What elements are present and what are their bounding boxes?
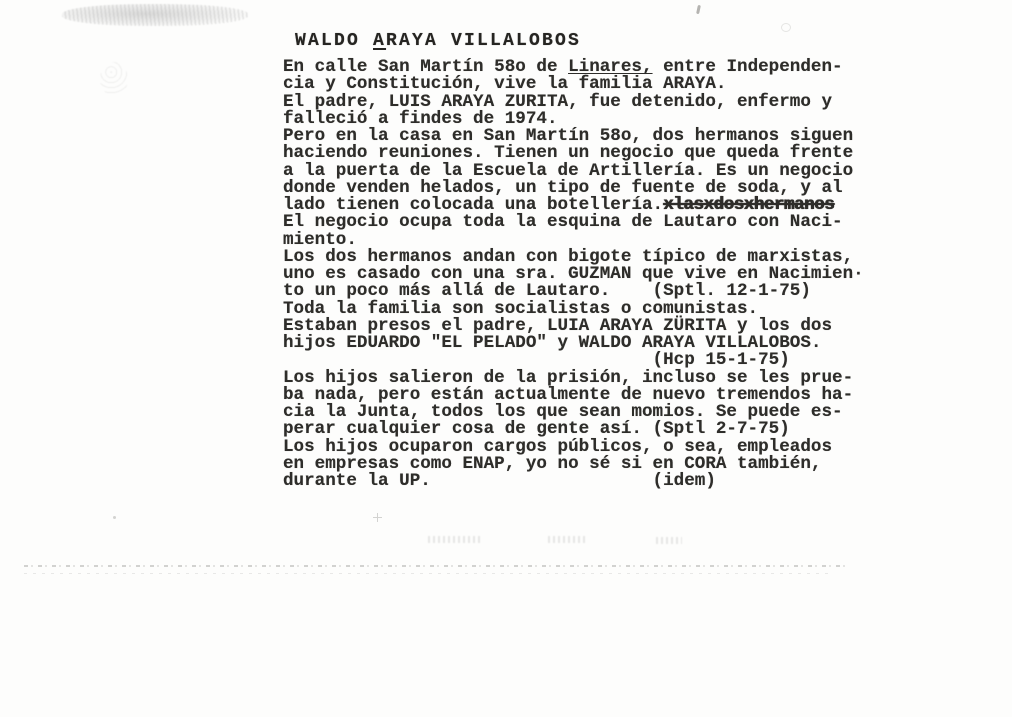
page-title: WALDO ARAYA VILLALOBOS bbox=[295, 31, 581, 51]
scan-dashed-line-upper bbox=[24, 565, 846, 567]
scanned-document-page: WALDO ARAYA VILLALOBOS En calle San Mart… bbox=[0, 0, 1012, 717]
scan-dashed-line-lower bbox=[24, 573, 830, 574]
scan-speck bbox=[113, 516, 116, 519]
text-line: haciendo reuniones. Tienen un negocio qu… bbox=[283, 145, 864, 162]
scan-smudge-row-1 bbox=[428, 536, 480, 543]
text-line: durante la UP. (idem) bbox=[283, 473, 864, 490]
scan-smudge-top bbox=[62, 4, 248, 26]
text-line: El negocio ocupa toda la esquina de Laut… bbox=[283, 214, 864, 231]
title-text: RAYA VILLALOBOS bbox=[386, 31, 581, 51]
scan-tick-mark bbox=[696, 5, 700, 14]
scan-plus-mark bbox=[373, 513, 382, 522]
scan-smudge-row-2 bbox=[548, 536, 588, 543]
text-line: to un poco más allá de Lautaro. (Sptl. 1… bbox=[283, 283, 864, 300]
document-body: En calle San Martín 58o de Linares, entr… bbox=[283, 59, 864, 490]
title-underlined-letter: A bbox=[373, 31, 386, 51]
text-line: perar cualquier cosa de gente así. (Sptl… bbox=[283, 421, 864, 438]
scan-smudge-left bbox=[100, 62, 128, 96]
text-line: (Hcp 15-1-75) bbox=[283, 352, 864, 369]
title-text: WALDO bbox=[295, 31, 373, 51]
scan-smudge-row-3 bbox=[656, 537, 682, 544]
scan-faint-ring bbox=[781, 23, 791, 32]
text-line: cia y Constitución, vive la familia ARAY… bbox=[283, 76, 864, 93]
